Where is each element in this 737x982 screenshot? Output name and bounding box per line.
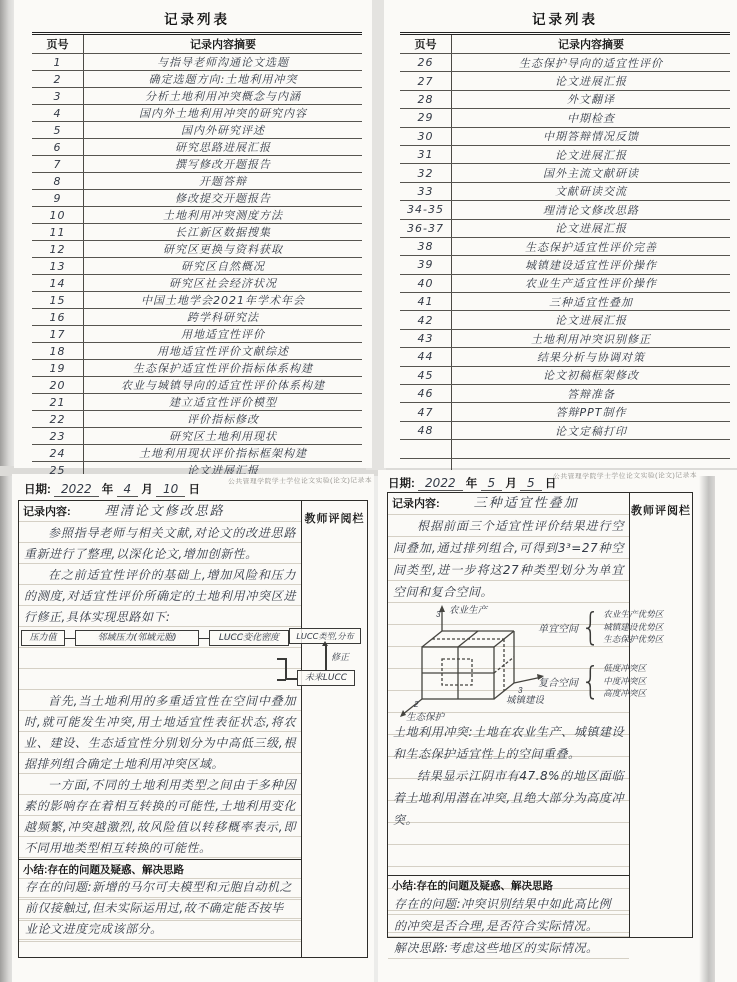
- page-number-cell: 14: [32, 275, 84, 291]
- table-row: 30 中期答辩情况反馈: [400, 128, 730, 146]
- summary-label: 小结:存在的问题及疑惑、解决思路: [388, 876, 629, 893]
- summary-cell: 跨学科研究法: [84, 309, 362, 325]
- table-row: 16 跨学科研究法: [32, 309, 362, 326]
- summary-cell: 国外主流文献研读: [452, 165, 730, 181]
- table-row: 32 国外主流文献研读: [400, 164, 730, 182]
- record-content-label: 记录内容:: [23, 502, 71, 523]
- summary-cell: 论文进展汇报: [452, 73, 730, 89]
- summary-cell: 用地适宜性评价文献综述: [84, 343, 362, 359]
- table-row: 5 国内外研究评述: [32, 122, 362, 139]
- zone-item: 生态保护优势区: [603, 634, 663, 647]
- table-row: 18 用地适宜性评价文献综述: [32, 343, 362, 360]
- record-title: 理清论文修改思路: [105, 501, 225, 522]
- page-number-cell: 34-35: [400, 201, 452, 218]
- table-row: 41 三种适宜性叠加: [400, 293, 730, 311]
- booklet-header-note: 公共管理学院学士学位论文实验(论文)记录本: [553, 469, 697, 481]
- flowchart-row: 压力值 邻域压力(邻域元胞) LUCC变化密度: [21, 628, 289, 648]
- connector-line: [277, 658, 286, 660]
- axis-label-agriculture: 农业生产: [449, 604, 489, 616]
- page-number-cell: 9: [32, 190, 84, 206]
- cube-tick: 2: [413, 700, 419, 709]
- page-number-cell: 30: [400, 128, 452, 145]
- date-day: 5: [520, 476, 542, 491]
- table-row: 42 论文进展汇报: [400, 311, 730, 329]
- page-number-cell: 15: [32, 292, 84, 308]
- col-header-summary: 记录内容摘要: [84, 36, 362, 52]
- page-number-cell: 40: [400, 275, 452, 292]
- table-row: 12 研究区更换与资料获取: [32, 241, 362, 258]
- page-number-cell: 18: [32, 343, 84, 359]
- summary-cell: 农业与城镇导向的适宜性评价体系构建: [84, 377, 362, 393]
- record-list-right: 记录列表 页号 记录内容摘要 26 生态保护导向的适宜性评价 27 论文进展汇报…: [400, 8, 730, 497]
- record-list-left-title: 记录列表: [32, 8, 362, 28]
- summary-cell: 评价指标修改: [84, 411, 362, 427]
- record-page-april: 日期: 2022 年 4 月 10 日 公共管理学院学士学位论文实验(论文)记录…: [12, 474, 374, 982]
- page-number-cell: 12: [32, 241, 84, 257]
- summary-cell: 理清论文修改思路: [452, 202, 730, 218]
- table-row: 28 外文翻译: [400, 91, 730, 109]
- page-number-cell: 38: [400, 238, 452, 255]
- group-label: 单宜空间: [538, 620, 578, 635]
- axis-label-ecology: 生态保护: [406, 711, 446, 721]
- flowchart-box: LUCC变化密度: [209, 630, 289, 646]
- summary-problem: 存在的问题:冲突识别结果中如此高比例的冲突是否合理,是否符合实际情况。: [388, 893, 629, 937]
- note-frame: 记录内容: 理清论文修改思路 参照指导老师与相关文献,对论文的改进思路重新进行了…: [18, 500, 368, 958]
- table-row: 46 答辩准备: [400, 385, 730, 403]
- table-row: 34-35 理清论文修改思路: [400, 201, 730, 219]
- record-list-right-rows: 26 生态保护导向的适宜性评价 27 论文进展汇报 28 外文翻译 29 中期检…: [400, 54, 730, 495]
- table-row: 48 论文定稿打印: [400, 422, 730, 440]
- summary-cell: 论文进展汇报: [452, 220, 730, 236]
- paragraph: 一方面,不同的土地利用类型之间由于多种因素的影响存在着相互转换的可能性,土地利用…: [19, 775, 301, 859]
- table-row: 3 分析土地利用冲突概念与内涵: [32, 88, 362, 105]
- paragraph: 根据前面三个适宜性评价结果进行空间叠加,通过排列组合,可得到3³=27种空间类型…: [388, 515, 629, 603]
- page-number-cell: 1: [32, 54, 84, 70]
- summary-solution: 解决思路:考虑这些地区的实际情况。: [388, 937, 629, 959]
- record-list-left-rows: 1 与指导老师沟通论文选题 2 确定选题方向:土地利用冲突 3 分析土地利用冲突…: [32, 54, 362, 479]
- summary-cell: 三种适宜性叠加: [452, 294, 730, 310]
- page-number-cell: 47: [400, 403, 452, 420]
- table-row: 33 文献研读交流: [400, 183, 730, 201]
- record-content-line: 记录内容: 理清论文修改思路: [19, 501, 301, 523]
- summary-cell: 结果分析与协调对策: [452, 349, 730, 365]
- record-content-line: 记录内容: 三种适宜性叠加: [388, 493, 629, 515]
- table-row: 24 土地利用现状评价指标框架构建: [32, 445, 362, 462]
- paragraph: 结果显示江阴市有47.8%的地区面临着土地利用潜在冲突,且绝大部分为高度冲突。: [388, 765, 629, 831]
- summary-cell: 生态保护适宜性评价完善: [452, 239, 730, 255]
- summary-section: 小结:存在的问题及疑惑、解决思路 存在的问题:冲突识别结果中如此高比例的冲突是否…: [388, 875, 629, 959]
- paragraph: 首先,当土地利用的多重适宜性在空间中叠加时,就可能发生冲突,用土地适宜性表征状态…: [19, 691, 301, 775]
- paragraph: 土地利用冲突:土地在农业生产、城镇建设和生态保护适宜性上的空间重叠。: [388, 721, 629, 765]
- table-row: 6 研究思路进展汇报: [32, 139, 362, 156]
- table-row: 17 用地适宜性评价: [32, 326, 362, 343]
- paragraph: 参照指导老师与相关文献,对论文的改进思路重新进行了整理,以深化论文,增加创新性。: [19, 523, 301, 565]
- brace-icon: {: [581, 609, 600, 647]
- page-number-cell: 10: [32, 207, 84, 223]
- flowchart-box: 邻域压力(邻域元胞): [75, 630, 199, 646]
- page-number-cell: 46: [400, 385, 452, 402]
- summary-cell: 开题答辩: [84, 173, 362, 189]
- paragraph: 在之前适宜性评价的基础上,增加风险和压力的测度,对适宜性评价所确定的土地利用冲突…: [19, 565, 301, 628]
- summary-cell: 中国土地学会2021年学术年会: [84, 292, 362, 308]
- table-row: 39 城镇建设适宜性评价操作: [400, 256, 730, 274]
- date-line: 日期: 2022 年 5 月 5 日: [388, 475, 556, 491]
- table-row: 23 研究区土地利用现状: [32, 428, 362, 445]
- table-row: 47 答辩PPT制作: [400, 403, 730, 421]
- page-number-cell: 11: [32, 224, 84, 240]
- page-number-cell: 5: [32, 122, 84, 138]
- page-number-cell: 22: [32, 411, 84, 427]
- page-number-cell: 19: [32, 360, 84, 376]
- summary-text: 存在的问题:新增的马尔可夫模型和元胞自动机之前仅接触过,但未实际运用过,故不确定…: [19, 877, 301, 940]
- page-number-cell: 27: [400, 72, 452, 89]
- date-year-unit: 年: [466, 478, 478, 490]
- record-list-right-table: 页号 记录内容摘要 26 生态保护导向的适宜性评价 27 论文进展汇报 28 外…: [400, 32, 730, 497]
- group-items: 农业生产优势区城镇建设优势区生态保护优势区: [603, 609, 663, 647]
- date-day: 10: [156, 482, 185, 497]
- summary-cell: 生态保护适宜性评价指标体系构建: [84, 360, 362, 376]
- table-row: 44 结果分析与协调对策: [400, 348, 730, 366]
- summary-cell: 答辩准备: [452, 386, 730, 402]
- record-title: 三种适宜性叠加: [474, 493, 579, 515]
- teacher-review-label: 教师评阅栏: [630, 502, 692, 518]
- table-row: [400, 440, 730, 458]
- page-number-cell: 41: [400, 293, 452, 310]
- table-row: 45 论文初稿框架修改: [400, 367, 730, 385]
- cube-wireframe: 3 3 2 农业生产 城镇建设 生态保护: [394, 603, 544, 721]
- record-list-left: 记录列表 页号 记录内容摘要 1 与指导老师沟通论文选题 2 确定选题方向:土地…: [32, 8, 362, 481]
- table-row: 43 土地利用冲突识别修正: [400, 330, 730, 348]
- record-list-right-title: 记录列表: [400, 8, 730, 28]
- summary-cell: 确定选题方向:土地利用冲突: [84, 71, 362, 87]
- summary-cell: 城镇建设适宜性评价操作: [452, 257, 730, 273]
- table-row: 7 撰写修改开题报告: [32, 156, 362, 173]
- connector-line: [325, 646, 327, 670]
- zone-item: 中度冲突区: [603, 676, 646, 689]
- teacher-review-column: 教师评阅栏: [301, 501, 367, 957]
- table-row: 4 国内外土地利用冲突的研究内容: [32, 105, 362, 122]
- table-row: 13 研究区自然概况: [32, 258, 362, 275]
- record-list-left-table: 页号 记录内容摘要 1 与指导老师沟通论文选题 2 确定选题方向:土地利用冲突 …: [32, 32, 362, 481]
- date-day-unit: 日: [189, 484, 201, 496]
- date-line: 日期: 2022 年 4 月 10 日: [24, 481, 200, 497]
- page-number-cell: 45: [400, 367, 452, 384]
- summary-cell: 论文进展汇报: [452, 147, 730, 163]
- date-year-unit: 年: [102, 484, 114, 496]
- table-row: 31 论文进展汇报: [400, 146, 730, 164]
- table-row: 22 评价指标修改: [32, 411, 362, 428]
- page-number-cell: 31: [400, 146, 452, 163]
- summary-cell: 研究区自然概况: [84, 258, 362, 274]
- summary-cell: 生态保护导向的适宜性评价: [452, 55, 730, 71]
- summary-cell: 论文初稿框架修改: [452, 367, 730, 383]
- zone-item: 农业生产优势区: [603, 609, 663, 622]
- page-number-cell: 3: [32, 88, 84, 104]
- flowchart-arrow-label: 修正: [331, 650, 349, 663]
- date-month-unit: 月: [505, 478, 517, 490]
- summary-section: 小结:存在的问题及疑惑、解决思路 存在的问题:新增的马尔可夫模型和元胞自动机之前…: [19, 859, 301, 940]
- page-number-cell: 7: [32, 156, 84, 172]
- page-number-cell: 13: [32, 258, 84, 274]
- blank-ruled-lines: [388, 831, 629, 875]
- summary-cell: 研究区更换与资料获取: [84, 241, 362, 257]
- page-number-cell: 36-37: [400, 220, 452, 237]
- zone-item: 低度冲突区: [603, 663, 646, 676]
- table-row: 26 生态保护导向的适宜性评价: [400, 54, 730, 72]
- page-number-cell: 43: [400, 330, 452, 347]
- table-row: 8 开题答辩: [32, 173, 362, 190]
- booklet-header-note: 公共管理学院学士学位论文实验(论文)记录本: [228, 474, 372, 486]
- date-month-unit: 月: [141, 484, 153, 496]
- page-number-cell: 39: [400, 256, 452, 273]
- page-number-cell: 26: [400, 54, 452, 71]
- table-row: 36-37 论文进展汇报: [400, 220, 730, 238]
- date-month: 4: [117, 482, 139, 497]
- record-page-may: 日期: 2022 年 5 月 5 日 公共管理学院学士学位论文实验(论文)记录本…: [378, 470, 737, 982]
- table-row: 27 论文进展汇报: [400, 72, 730, 90]
- summary-cell: 论文进展汇报: [452, 312, 730, 328]
- date-label: 日期:: [388, 478, 415, 490]
- summary-cell: 文献研读交流: [452, 183, 730, 199]
- group-items: 低度冲突区中度冲突区高度冲突区: [603, 663, 646, 701]
- table-row: 11 长江新区数据搜集: [32, 224, 362, 241]
- page-number-cell: 16: [32, 309, 84, 325]
- page-number-cell: 24: [32, 445, 84, 461]
- table-row: 38 生态保护适宜性评价完善: [400, 238, 730, 256]
- table-row: 29 中期检查: [400, 109, 730, 127]
- summary-cell: 研究区土地利用现状: [84, 428, 362, 444]
- summary-cell: 撰写修改开题报告: [84, 156, 362, 172]
- page-number-cell: 21: [32, 394, 84, 410]
- zone-item: 高度冲突区: [603, 688, 646, 701]
- flowchart-box: 压力值: [21, 630, 65, 646]
- summary-cell: 用地适宜性评价: [84, 326, 362, 342]
- connector-line: [285, 678, 297, 680]
- table-row: 40 农业生产适宜性评价操作: [400, 275, 730, 293]
- table-row: 15 中国土地学会2021年学术年会: [32, 292, 362, 309]
- date-year: 2022: [418, 476, 463, 491]
- summary-cell: 分析土地利用冲突概念与内涵: [84, 88, 362, 104]
- page-number-cell: 48: [400, 422, 452, 439]
- teacher-review-label: 教师评阅栏: [302, 510, 367, 526]
- summary-cell: 国内外土地利用冲突的研究内容: [84, 105, 362, 121]
- page-number-cell: 8: [32, 173, 84, 189]
- connector-line: [199, 638, 209, 639]
- summary-cell: 答辩PPT制作: [452, 404, 730, 420]
- col-header-page-no: 页号: [32, 35, 84, 53]
- table-header-row: 页号 记录内容摘要: [32, 35, 362, 54]
- page-number-cell: 20: [32, 377, 84, 393]
- note-main-column: 记录内容: 理清论文修改思路 参照指导老师与相关文献,对论文的改进思路重新进行了…: [19, 501, 301, 957]
- summary-cell: 研究思路进展汇报: [84, 139, 362, 155]
- page-number-cell: 42: [400, 311, 452, 328]
- page-number-cell: 32: [400, 164, 452, 181]
- table-row: 20 农业与城镇导向的适宜性评价体系构建: [32, 377, 362, 394]
- page-number-cell: 17: [32, 326, 84, 342]
- connector-line: [285, 658, 287, 680]
- table-row: 2 确定选题方向:土地利用冲突: [32, 71, 362, 88]
- zone-item: 城镇建设优势区: [603, 622, 663, 635]
- table-row: 19 生态保护适宜性评价指标体系构建: [32, 360, 362, 377]
- summary-cell: 修改提交开题报告: [84, 190, 362, 206]
- summary-cell: 研究区社会经济状况: [84, 275, 362, 291]
- note-frame: 记录内容: 三种适宜性叠加 根据前面三个适宜性评价结果进行空间叠加,通过排列组合…: [387, 492, 693, 938]
- summary-cell: 土地利用现状评价指标框架构建: [84, 445, 362, 461]
- conflict-correction-flowchart: 状态值 农业,建设,生态适宜性 适宜性评价 风险值 转移概率(元胞自身): [19, 628, 363, 691]
- page-number-cell: 4: [32, 105, 84, 121]
- page-number-cell: 6: [32, 139, 84, 155]
- note-main-column: 记录内容: 三种适宜性叠加 根据前面三个适宜性评价结果进行空间叠加,通过排列组合…: [388, 493, 629, 937]
- page-number-cell: 2: [32, 71, 84, 87]
- date-label: 日期:: [24, 484, 51, 496]
- summary-cell: 土地利用冲突识别修正: [452, 331, 730, 347]
- composite-space-group: 复合空间 { 低度冲突区中度冲突区高度冲突区: [538, 663, 646, 701]
- summary-cell: 中期答辩情况反馈: [452, 128, 730, 144]
- summary-cell: 土地利用冲突测度方法: [84, 207, 362, 223]
- table-row: 14 研究区社会经济状况: [32, 275, 362, 292]
- table-row: 10 土地利用冲突测度方法: [32, 207, 362, 224]
- table-header-row: 页号 记录内容摘要: [400, 35, 730, 54]
- record-content-label: 记录内容:: [392, 493, 440, 515]
- summary-cell: 论文定稿打印: [452, 423, 730, 439]
- col-header-summary: 记录内容摘要: [452, 36, 730, 52]
- col-header-page-no: 页号: [400, 35, 452, 53]
- summary-cell: 长江新区数据搜集: [84, 224, 362, 240]
- page-number-cell: 33: [400, 183, 452, 200]
- table-row: 1 与指导老师沟通论文选题: [32, 54, 362, 71]
- connector-line: [65, 638, 75, 639]
- cube-tick: 3: [518, 686, 523, 695]
- page-number-cell: 44: [400, 348, 452, 365]
- page-number-cell: [400, 440, 452, 457]
- suitability-cube-diagram: 3 3 2 农业生产 城镇建设 生态保护 单宜空间 {: [388, 603, 688, 721]
- summary-cell: 农业生产适宜性评价操作: [452, 275, 730, 291]
- flowchart-box-future-lucc: 未来LUCC: [297, 670, 355, 686]
- group-label: 复合空间: [538, 674, 578, 689]
- summary-cell: 国内外研究评述: [84, 122, 362, 138]
- table-row: 21 建立适宜性评价模型: [32, 394, 362, 411]
- single-space-group: 单宜空间 { 农业生产优势区城镇建设优势区生态保护优势区: [538, 609, 663, 647]
- page-number-cell: 29: [400, 109, 452, 126]
- summary-cell: 外文翻译: [452, 91, 730, 107]
- arrow-up-icon: [322, 641, 328, 646]
- summary-cell: 中期检查: [452, 110, 730, 126]
- summary-cell: 建立适宜性评价模型: [84, 394, 362, 410]
- page-number-cell: 23: [32, 428, 84, 444]
- summary-label: 小结:存在的问题及疑惑、解决思路: [19, 860, 301, 877]
- brace-icon: {: [581, 663, 600, 701]
- date-month: 5: [481, 476, 503, 491]
- page-number-cell: 28: [400, 91, 452, 108]
- cube-tick: 3: [436, 610, 441, 619]
- date-year: 2022: [54, 482, 99, 497]
- summary-cell: 与指导老师沟通论文选题: [84, 54, 362, 70]
- table-row: 9 修改提交开题报告: [32, 190, 362, 207]
